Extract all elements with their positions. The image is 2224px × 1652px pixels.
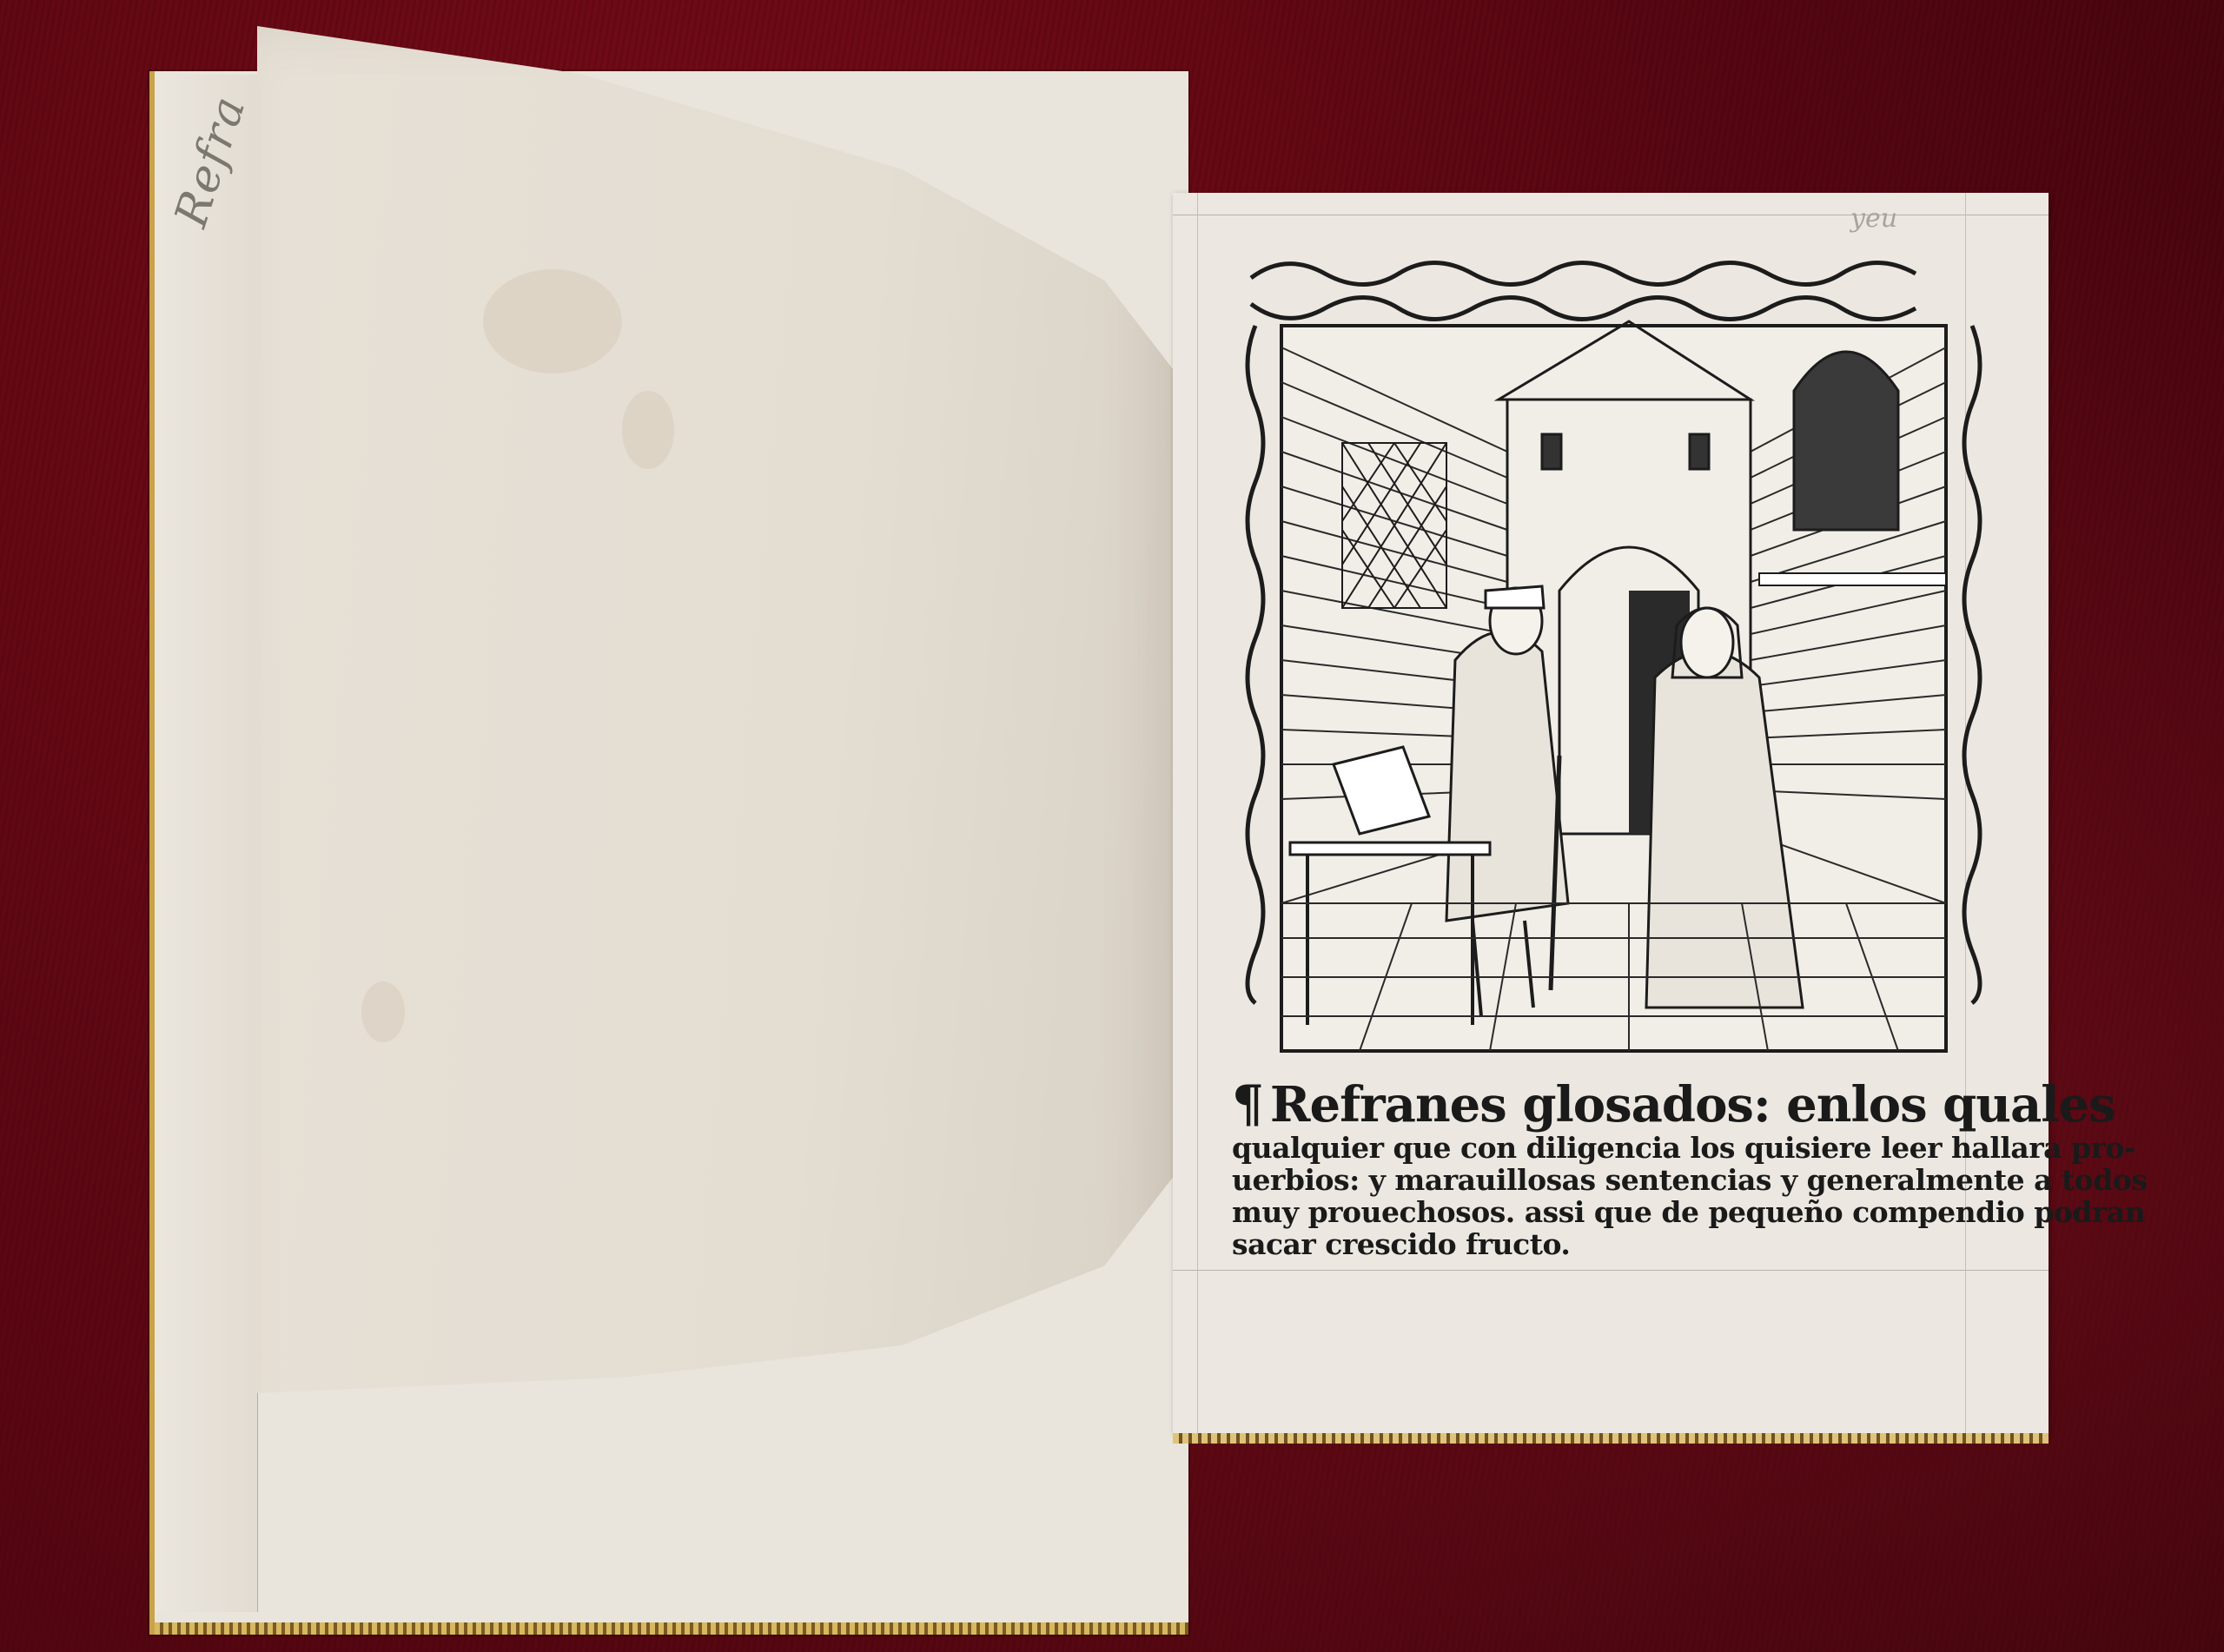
foxing-stain [483,269,622,373]
title-heading: Refranes glosados: enlos quales [1270,1076,2115,1133]
title-body-line: uerbios: y marauillosas sentencias y gen… [1232,1164,1962,1196]
foxing-stain [622,391,674,469]
woodcut-illustration [1238,243,1994,1055]
title-text-block: ¶Refranes glosados: enlos quales qualqui… [1232,1077,1962,1260]
book-shelf [1759,573,1946,585]
title-body-line: qualquier que con diligencia los quisier… [1232,1132,1962,1164]
foxing-stain [361,981,405,1042]
ruled-line [1173,215,2049,215]
title-body-line: sacar crescido fructo. [1232,1228,1962,1260]
ruled-line [1173,1270,2049,1271]
scroll-border-top [1251,263,1916,320]
flyleaf-strip [155,75,258,1612]
title-heading-line: ¶Refranes glosados: enlos quales [1232,1077,1962,1132]
pilcrow-icon: ¶ [1232,1074,1263,1133]
gothic-window [1794,352,1898,530]
title-body-line: muy prouechosos. assi que de pequeño com… [1232,1196,1962,1228]
ruled-line [1197,193,1198,1433]
pencil-annotation-right: yeu [1850,203,1897,234]
